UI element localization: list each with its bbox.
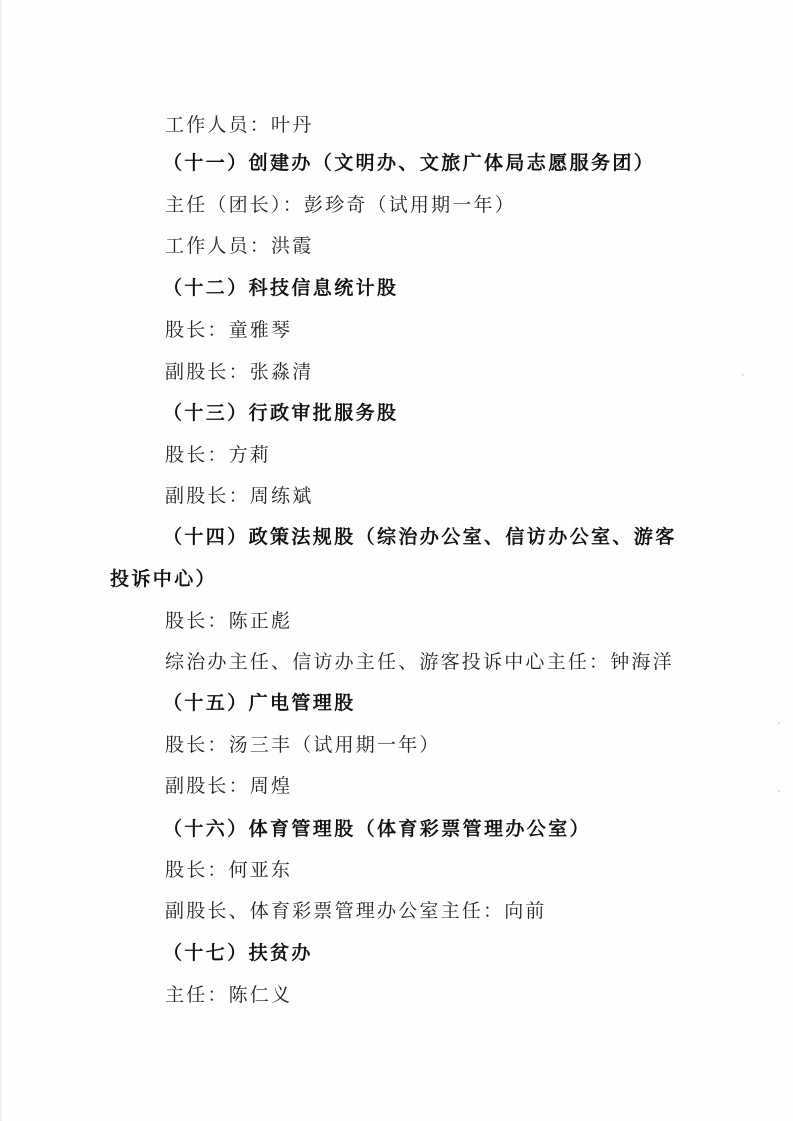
staff-line: 股长：方莉 [165, 440, 271, 470]
scan-speck [778, 790, 780, 792]
section-heading: （十六）体育管理股（体育彩票管理办公室） [163, 814, 591, 844]
staff-line: 副股长、体育彩票管理办公室主任：向前 [165, 896, 547, 926]
scan-edge [0, 0, 3, 1121]
section-heading: （十四）政策法规股（综治办公室、信访办公室、游客 [163, 522, 677, 552]
section-heading: （十七）扶贫办 [163, 938, 313, 968]
staff-line: 工作人员：洪霞 [165, 231, 313, 261]
section-heading: （十二）科技信息统计股 [163, 273, 398, 303]
scan-speck [742, 374, 744, 376]
section-heading: （十五）广电管理股 [163, 688, 356, 718]
staff-line: 股长：童雅琴 [165, 315, 292, 345]
staff-line: 副股长：张淼清 [165, 357, 313, 387]
staff-line: 工作人员：叶丹 [165, 110, 313, 140]
staff-line: 股长：汤三丰（试用期一年） [165, 730, 441, 760]
staff-line: 副股长：周练斌 [165, 481, 313, 511]
section-heading-continued: 投诉中心） [110, 564, 217, 594]
staff-line: 副股长：周煌 [165, 771, 292, 801]
staff-line: 主任：陈仁义 [165, 980, 292, 1010]
document-page: 工作人员：叶丹 （十一）创建办（文明办、文旅广体局志愿服务团） 主任（团长）：彭… [0, 0, 793, 1121]
staff-line: 主任（团长）：彭珍奇（试用期一年） [165, 190, 516, 220]
scan-speck [778, 722, 780, 724]
staff-line: 股长：陈正彪 [165, 606, 292, 636]
section-heading: （十三）行政审批服务股 [163, 398, 398, 428]
section-heading: （十一）创建办（文明办、文旅广体局志愿服务团） [163, 148, 655, 178]
staff-line: 股长：何亚东 [165, 855, 292, 885]
staff-line: 综治办主任、信访办主任、游客投诉中心主任：钟海洋 [165, 647, 674, 677]
